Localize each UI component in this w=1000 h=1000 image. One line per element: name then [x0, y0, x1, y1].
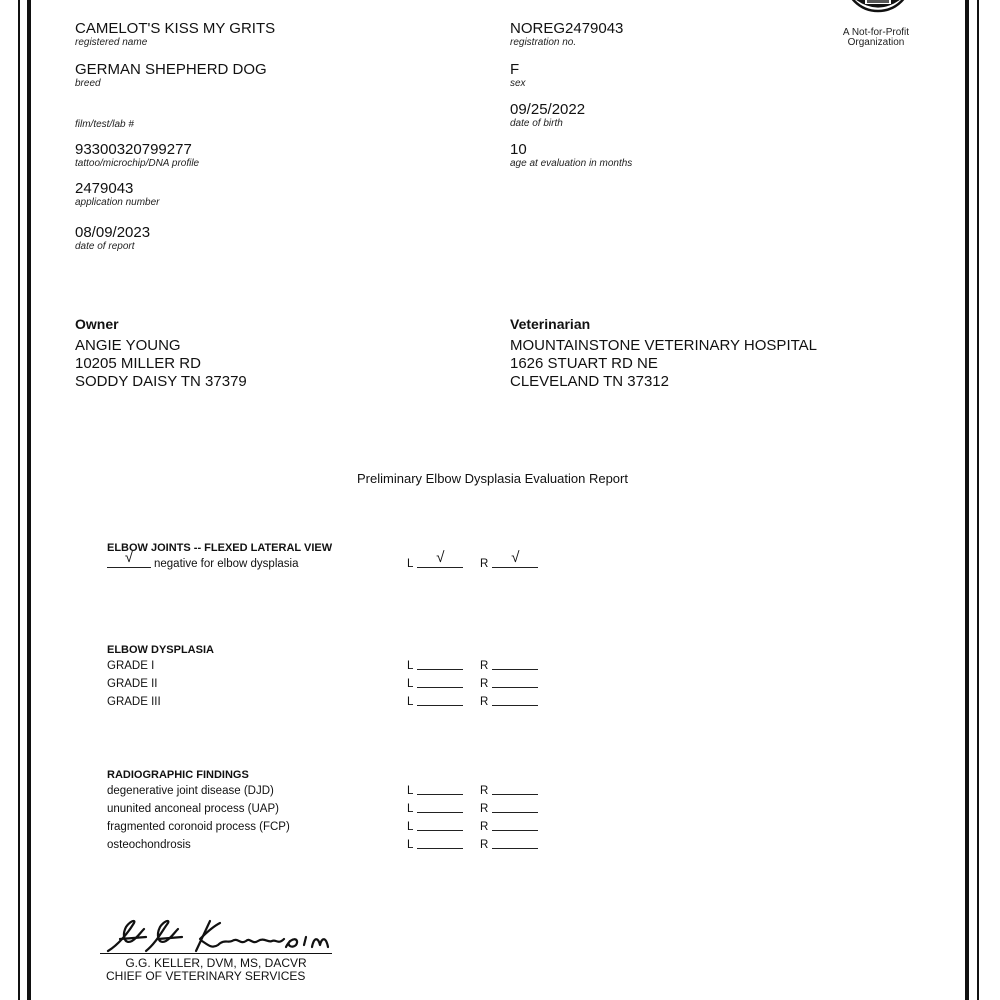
- left-label: L: [407, 696, 413, 708]
- finding-row: ununited anconeal process (UAP)LR: [107, 800, 557, 818]
- left-label: L: [407, 558, 413, 570]
- left-label: L: [407, 803, 413, 815]
- registered-name-field: CAMELOT'S KISS MY GRITS registered name: [75, 20, 275, 49]
- finding-row: degenerative joint disease (DJD)LR: [107, 782, 557, 800]
- film-test-lab-label: film/test/lab #: [75, 119, 134, 131]
- owner-street: 10205 MILLER RD: [75, 355, 247, 373]
- negative-label: √negative for elbow dysplasia: [107, 555, 298, 573]
- grade-right: R: [480, 675, 538, 693]
- organization-seal-icon: [843, 0, 913, 16]
- registered-name-label: registered name: [75, 37, 275, 49]
- radiographic-findings-heading: RADIOGRAPHIC FINDINGS: [107, 768, 557, 782]
- check-icon: √: [492, 550, 538, 566]
- report-title: Preliminary Elbow Dysplasia Evaluation R…: [0, 471, 985, 486]
- grade-label: GRADE II: [107, 675, 157, 693]
- elbow-dysplasia-section: ELBOW DYSPLASIA GRADE ILRGRADE IILRGRADE…: [107, 643, 557, 711]
- grade-left: L: [407, 675, 463, 693]
- negative-overall-blank[interactable]: √: [107, 555, 151, 568]
- flexed-lateral-heading: ELBOW JOINTS -- FLEXED LATERAL VIEW: [107, 541, 557, 555]
- signer-title: CHIEF OF VETERINARY SERVICES: [100, 970, 332, 983]
- veterinarian-street: 1626 STUART RD NE: [510, 355, 817, 373]
- finding-left: L: [407, 818, 463, 836]
- right-label: R: [480, 785, 488, 797]
- right-label: R: [480, 803, 488, 815]
- right-label: R: [480, 696, 488, 708]
- check-icon: √: [417, 550, 463, 566]
- sex-field: F sex: [510, 61, 526, 90]
- radiographic-findings-section: RADIOGRAPHIC FINDINGS degenerative joint…: [107, 768, 557, 854]
- film-test-lab-field: film/test/lab #: [75, 119, 134, 131]
- owner-city: SODDY DAISY TN 37379: [75, 373, 247, 391]
- owner-block: Owner ANGIE YOUNG 10205 MILLER RD SODDY …: [75, 316, 247, 391]
- left-label: L: [407, 785, 413, 797]
- finding-left-blank[interactable]: [417, 818, 463, 831]
- negative-right: R√: [480, 555, 538, 573]
- finding-right-blank[interactable]: [492, 836, 538, 849]
- grade-label: GRADE I: [107, 657, 154, 675]
- not-for-profit-note: A Not-for-Profit Organization: [826, 28, 926, 48]
- signature-icon: [100, 915, 340, 955]
- owner-name: ANGIE YOUNG: [75, 337, 247, 355]
- negative-row: √negative for elbow dysplasia L√ R√: [107, 555, 557, 573]
- negative-left-blank[interactable]: √: [417, 555, 463, 568]
- grade-left: L: [407, 657, 463, 675]
- grade-left-blank[interactable]: [417, 657, 463, 670]
- finding-left: L: [407, 836, 463, 854]
- finding-right-blank[interactable]: [492, 818, 538, 831]
- veterinarian-block: Veterinarian MOUNTAINSTONE VETERINARY HO…: [510, 316, 817, 391]
- finding-label: osteochondrosis: [107, 836, 191, 854]
- right-label: R: [480, 678, 488, 690]
- negative-text: negative for elbow dysplasia: [154, 558, 298, 570]
- registration-no-field: NOREG2479043 registration no.: [510, 20, 623, 49]
- finding-right: R: [480, 818, 538, 836]
- date-of-birth-value: 09/25/2022: [510, 101, 585, 118]
- finding-label: degenerative joint disease (DJD): [107, 782, 274, 800]
- date-of-birth-label: date of birth: [510, 118, 585, 130]
- signature-line: [100, 953, 332, 954]
- registration-no-label: registration no.: [510, 37, 623, 49]
- grade-left: L: [407, 693, 463, 711]
- grade-right-blank[interactable]: [492, 675, 538, 688]
- grade-right: R: [480, 693, 538, 711]
- grade-row: GRADE IIILR: [107, 693, 557, 711]
- right-label: R: [480, 839, 488, 851]
- finding-right: R: [480, 782, 538, 800]
- registered-name-value: CAMELOT'S KISS MY GRITS: [75, 20, 275, 37]
- microchip-value: 93300320799277: [75, 141, 199, 158]
- sex-label: sex: [510, 78, 526, 90]
- finding-row: fragmented coronoid process (FCP)LR: [107, 818, 557, 836]
- finding-left-blank[interactable]: [417, 800, 463, 813]
- right-label: R: [480, 660, 488, 672]
- age-label: age at evaluation in months: [510, 158, 632, 170]
- age-field: 10 age at evaluation in months: [510, 141, 632, 170]
- page-border-right-thick: [965, 0, 969, 1000]
- owner-heading: Owner: [75, 316, 247, 333]
- grade-row: GRADE ILR: [107, 657, 557, 675]
- finding-left-blank[interactable]: [417, 782, 463, 795]
- finding-left-blank[interactable]: [417, 836, 463, 849]
- left-label: L: [407, 678, 413, 690]
- breed-label: breed: [75, 78, 267, 90]
- sex-value: F: [510, 61, 526, 78]
- breed-value: GERMAN SHEPHERD DOG: [75, 61, 267, 78]
- date-of-report-field: 08/09/2023 date of report: [75, 224, 150, 253]
- right-label: R: [480, 821, 488, 833]
- date-of-report-value: 08/09/2023: [75, 224, 150, 241]
- finding-right: R: [480, 800, 538, 818]
- elbow-dysplasia-heading: ELBOW DYSPLASIA: [107, 643, 557, 657]
- left-label: L: [407, 839, 413, 851]
- grade-right-blank[interactable]: [492, 693, 538, 706]
- grade-left-blank[interactable]: [417, 675, 463, 688]
- application-number-field: 2479043 application number: [75, 180, 160, 209]
- microchip-field: 93300320799277 tattoo/microchip/DNA prof…: [75, 141, 199, 170]
- finding-right-blank[interactable]: [492, 800, 538, 813]
- grade-left-blank[interactable]: [417, 693, 463, 706]
- breed-field: GERMAN SHEPHERD DOG breed: [75, 61, 267, 90]
- left-label: L: [407, 660, 413, 672]
- page-border-left-thick: [27, 0, 31, 1000]
- grade-label: GRADE III: [107, 693, 161, 711]
- application-number-label: application number: [75, 197, 160, 209]
- application-number-value: 2479043: [75, 180, 160, 197]
- registration-no-value: NOREG2479043: [510, 20, 623, 37]
- veterinarian-name: MOUNTAINSTONE VETERINARY HOSPITAL: [510, 337, 817, 355]
- grade-right-blank[interactable]: [492, 657, 538, 670]
- left-label: L: [407, 821, 413, 833]
- date-of-report-label: date of report: [75, 241, 150, 253]
- grade-right: R: [480, 657, 538, 675]
- negative-left: L√: [407, 555, 463, 573]
- finding-label: ununited anconeal process (UAP): [107, 800, 279, 818]
- finding-left: L: [407, 782, 463, 800]
- finding-row: osteochondrosisLR: [107, 836, 557, 854]
- veterinarian-city: CLEVELAND TN 37312: [510, 373, 817, 391]
- veterinarian-heading: Veterinarian: [510, 316, 817, 333]
- finding-left: L: [407, 800, 463, 818]
- finding-right-blank[interactable]: [492, 782, 538, 795]
- date-of-birth-field: 09/25/2022 date of birth: [510, 101, 585, 130]
- right-label: R: [480, 558, 488, 570]
- age-value: 10: [510, 141, 632, 158]
- finding-label: fragmented coronoid process (FCP): [107, 818, 290, 836]
- signature-block: G.G. KELLER, DVM, MS, DACVR CHIEF OF VET…: [100, 915, 340, 983]
- microchip-label: tattoo/microchip/DNA profile: [75, 158, 199, 170]
- grade-row: GRADE IILR: [107, 675, 557, 693]
- negative-right-blank[interactable]: √: [492, 555, 538, 568]
- page-border-left-thin: [18, 0, 20, 1000]
- finding-right: R: [480, 836, 538, 854]
- check-icon: √: [107, 550, 151, 566]
- page-border-right-thin: [977, 0, 979, 1000]
- flexed-lateral-section: ELBOW JOINTS -- FLEXED LATERAL VIEW √neg…: [107, 541, 557, 573]
